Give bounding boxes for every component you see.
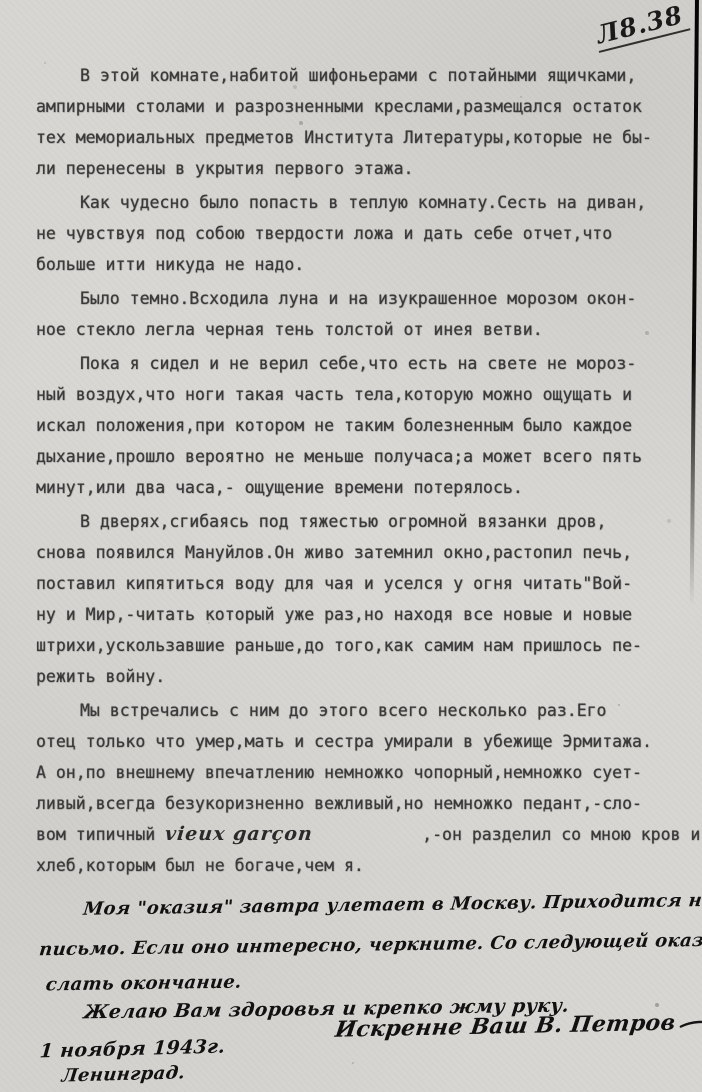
typed-line: больше итти никуда не надо. bbox=[36, 249, 676, 280]
typed-line: Мы встречались с ним до этого всего неск… bbox=[36, 695, 676, 726]
typed-line: снова появился Мануйлов.Он живо затемнил… bbox=[36, 537, 676, 568]
typed-line: ли перенесены в укрытия первого этажа. bbox=[36, 153, 676, 184]
paragraph: Было темно.Всходила луна и на изукрашенн… bbox=[36, 283, 676, 345]
paragraph: Мы встречались с ним до этого всего неск… bbox=[36, 695, 676, 881]
paragraph: В этой комнате,набитой шифоньерами с пот… bbox=[36, 60, 676, 184]
typed-text-block: В этой комнате,набитой шифоньерами с пот… bbox=[36, 60, 676, 884]
typed-line: искал положения,при котором не таким бол… bbox=[36, 410, 676, 441]
typed-line: не чувствуя под собою твердости ложа и д… bbox=[36, 218, 676, 249]
typed-line: вом типичный vieux garçon ,-он разделил … bbox=[36, 819, 676, 850]
typed-line: ампирными столами и разрозненными кресла… bbox=[36, 91, 676, 122]
paragraph: Пока я сидел и не верил себе,что есть на… bbox=[36, 348, 676, 503]
typed-line: Пока я сидел и не верил себе,что есть на… bbox=[36, 348, 676, 379]
handwritten-place: Ленинград. bbox=[61, 1062, 187, 1086]
archival-page-number: Л8.38 bbox=[592, 0, 691, 53]
typed-segment: вом типичный bbox=[36, 825, 165, 844]
scan-edge-artifact bbox=[690, 0, 699, 606]
typed-line: дыхание,прошло вероятно не меньше получа… bbox=[36, 441, 676, 472]
signature-flourish bbox=[678, 1008, 702, 1036]
handwritten-french-phrase: vieux garçon bbox=[164, 819, 315, 850]
typed-line: Как чудесно было попасть в теплую комнат… bbox=[36, 187, 676, 218]
typed-line: штрихи,ускользавшие раньше,до того,как с… bbox=[36, 630, 676, 661]
scanned-letter-page: Л8.38 В этой комнате,набитой шифоньерами… bbox=[0, 0, 702, 1092]
typed-line: ное стекло легла черная тень толстой от … bbox=[36, 314, 676, 345]
typed-line: поставил кипятиться воду для чая и уселс… bbox=[36, 568, 676, 599]
typed-line: ну и Мир,-читать который уже раз,но нахо… bbox=[36, 599, 676, 630]
typed-line: тех мемориальных предметов Института Лит… bbox=[36, 122, 676, 153]
paragraph: В дверях,сгибаясь под тяжестью огромной … bbox=[36, 506, 676, 692]
typed-line: Было темно.Всходила луна и на изукрашенн… bbox=[36, 283, 676, 314]
paper-speckles bbox=[0, 0, 2, 2]
handwritten-postscript-line-3: слать окончание. bbox=[45, 972, 243, 996]
handwritten-postscript-line-1: Моя "оказия" завтра улетает в Москву. Пр… bbox=[82, 887, 702, 919]
typed-line: В этой комнате,набитой шифоньерами с пот… bbox=[36, 60, 676, 91]
typed-segment: ,-он разделил со мною кров и bbox=[313, 825, 700, 844]
typed-line: ливый,всегда безукоризненно вежливый,но … bbox=[36, 788, 676, 819]
paragraph: Как чудесно было попасть в теплую комнат… bbox=[36, 187, 676, 280]
typed-line: А он,по внешнему впечатлению немножко чо… bbox=[36, 757, 676, 788]
typed-line: минут,или два часа,- ощущение времени по… bbox=[36, 472, 676, 503]
typed-line: отец только что умер,мать и сестра умира… bbox=[36, 726, 676, 757]
typed-line: ный воздух,что ноги такая часть тела,кот… bbox=[36, 379, 676, 410]
typed-line: хлеб,которым был не богаче,чем я. bbox=[36, 850, 676, 881]
handwritten-date: 1 ноября 1943г. bbox=[39, 1036, 226, 1063]
handwritten-postscript-line-2: письмо. Если оно интересно, черкните. Со… bbox=[38, 927, 702, 961]
typed-line: режить войну. bbox=[36, 661, 676, 692]
typed-line: В дверях,сгибаясь под тяжестью огромной … bbox=[36, 506, 676, 537]
